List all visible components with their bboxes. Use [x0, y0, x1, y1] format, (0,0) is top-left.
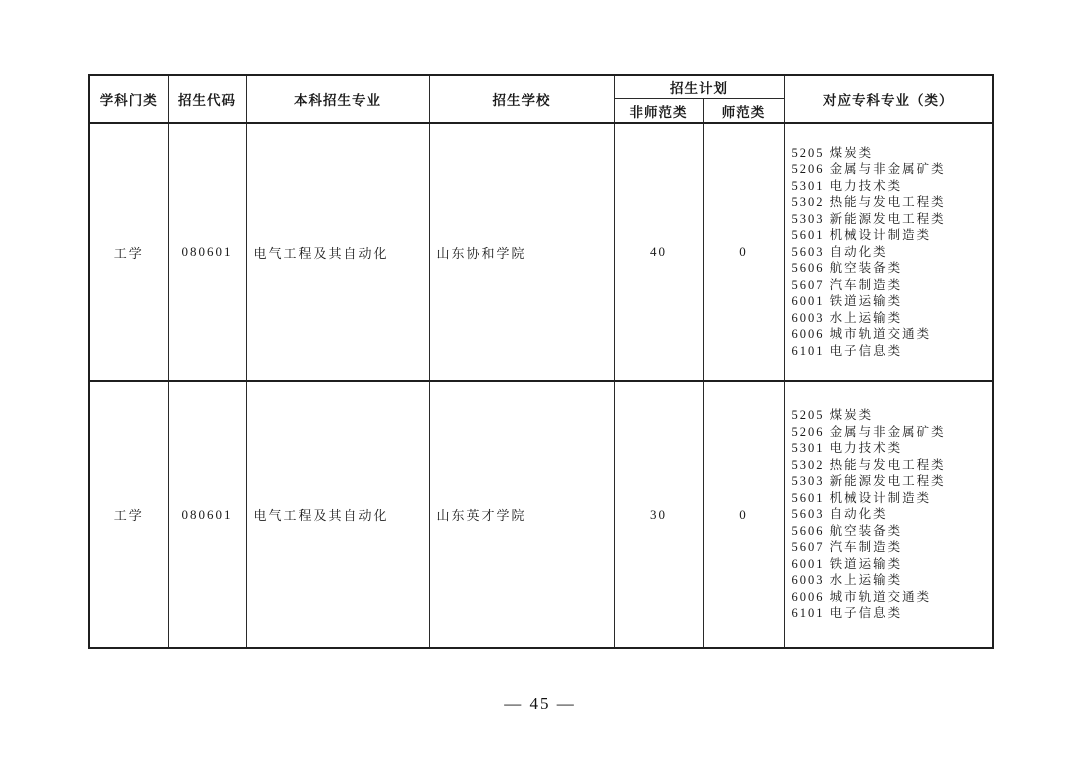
document-page: 学科门类 招生代码 本科招生专业 招生学校 招生计划 对应专科专业（类） 非师范…: [0, 0, 1080, 764]
specialty-item: 5205 煤炭类: [792, 407, 989, 424]
enrollment-plan-table: 学科门类 招生代码 本科招生专业 招生学校 招生计划 对应专科专业（类） 非师范…: [88, 74, 994, 649]
specialty-item: 5206 金属与非金属矿类: [792, 424, 989, 441]
specialty-item: 5606 航空装备类: [792, 523, 989, 540]
cell-enrollment-code: 080601: [168, 123, 246, 381]
specialty-item: 6101 电子信息类: [792, 605, 989, 622]
specialty-item: 5301 电力技术类: [792, 440, 989, 457]
cell-non-normal-count: 30: [614, 381, 703, 648]
specialty-item: 5301 电力技术类: [792, 178, 989, 195]
header-non-normal: 非师范类: [614, 99, 703, 124]
cell-undergrad-major: 电气工程及其自动化: [246, 123, 429, 381]
cell-undergrad-major: 电气工程及其自动化: [246, 381, 429, 648]
specialty-item: 6003 水上运输类: [792, 310, 989, 327]
specialty-item: 6001 铁道运输类: [792, 293, 989, 310]
specialty-item: 5607 汽车制造类: [792, 277, 989, 294]
header-enrollment-school: 招生学校: [429, 75, 614, 123]
specialty-item: 5206 金属与非金属矿类: [792, 161, 989, 178]
specialty-item: 6003 水上运输类: [792, 572, 989, 589]
specialty-item: 5606 航空装备类: [792, 260, 989, 277]
cell-non-normal-count: 40: [614, 123, 703, 381]
cell-normal-count: 0: [703, 381, 784, 648]
table-row: 工学 080601 电气工程及其自动化 山东英才学院 30 0 5205 煤炭类…: [89, 381, 993, 648]
specialty-item: 6101 电子信息类: [792, 343, 989, 360]
cell-enrollment-code: 080601: [168, 381, 246, 648]
specialty-item: 5607 汽车制造类: [792, 539, 989, 556]
specialty-item: 5601 机械设计制造类: [792, 227, 989, 244]
specialty-item: 5603 自动化类: [792, 244, 989, 261]
specialty-list: 5205 煤炭类5206 金属与非金属矿类5301 电力技术类5302 热能与发…: [784, 381, 993, 648]
specialty-item: 5205 煤炭类: [792, 145, 989, 162]
cell-normal-count: 0: [703, 123, 784, 381]
header-enrollment-plan: 招生计划: [614, 75, 784, 99]
specialty-item: 5603 自动化类: [792, 506, 989, 523]
cell-enrollment-school: 山东英才学院: [429, 381, 614, 648]
cell-subject-category: 工学: [89, 123, 168, 381]
cell-enrollment-school: 山东协和学院: [429, 123, 614, 381]
specialty-item: 5302 热能与发电工程类: [792, 457, 989, 474]
header-subject-category: 学科门类: [89, 75, 168, 123]
header-normal: 师范类: [703, 99, 784, 124]
specialty-item: 5302 热能与发电工程类: [792, 194, 989, 211]
specialty-list: 5205 煤炭类5206 金属与非金属矿类5301 电力技术类5302 热能与发…: [784, 123, 993, 381]
specialty-item: 6006 城市轨道交通类: [792, 589, 989, 606]
specialty-item: 5303 新能源发电工程类: [792, 473, 989, 490]
page-number: — 45 —: [0, 694, 1080, 714]
specialty-item: 6001 铁道运输类: [792, 556, 989, 573]
header-undergrad-major: 本科招生专业: [246, 75, 429, 123]
specialty-item: 5303 新能源发电工程类: [792, 211, 989, 228]
table-row: 工学 080601 电气工程及其自动化 山东协和学院 40 0 5205 煤炭类…: [89, 123, 993, 381]
cell-subject-category: 工学: [89, 381, 168, 648]
specialty-item: 5601 机械设计制造类: [792, 490, 989, 507]
header-corresponding-majors: 对应专科专业（类）: [784, 75, 993, 123]
header-enrollment-code: 招生代码: [168, 75, 246, 123]
specialty-item: 6006 城市轨道交通类: [792, 326, 989, 343]
